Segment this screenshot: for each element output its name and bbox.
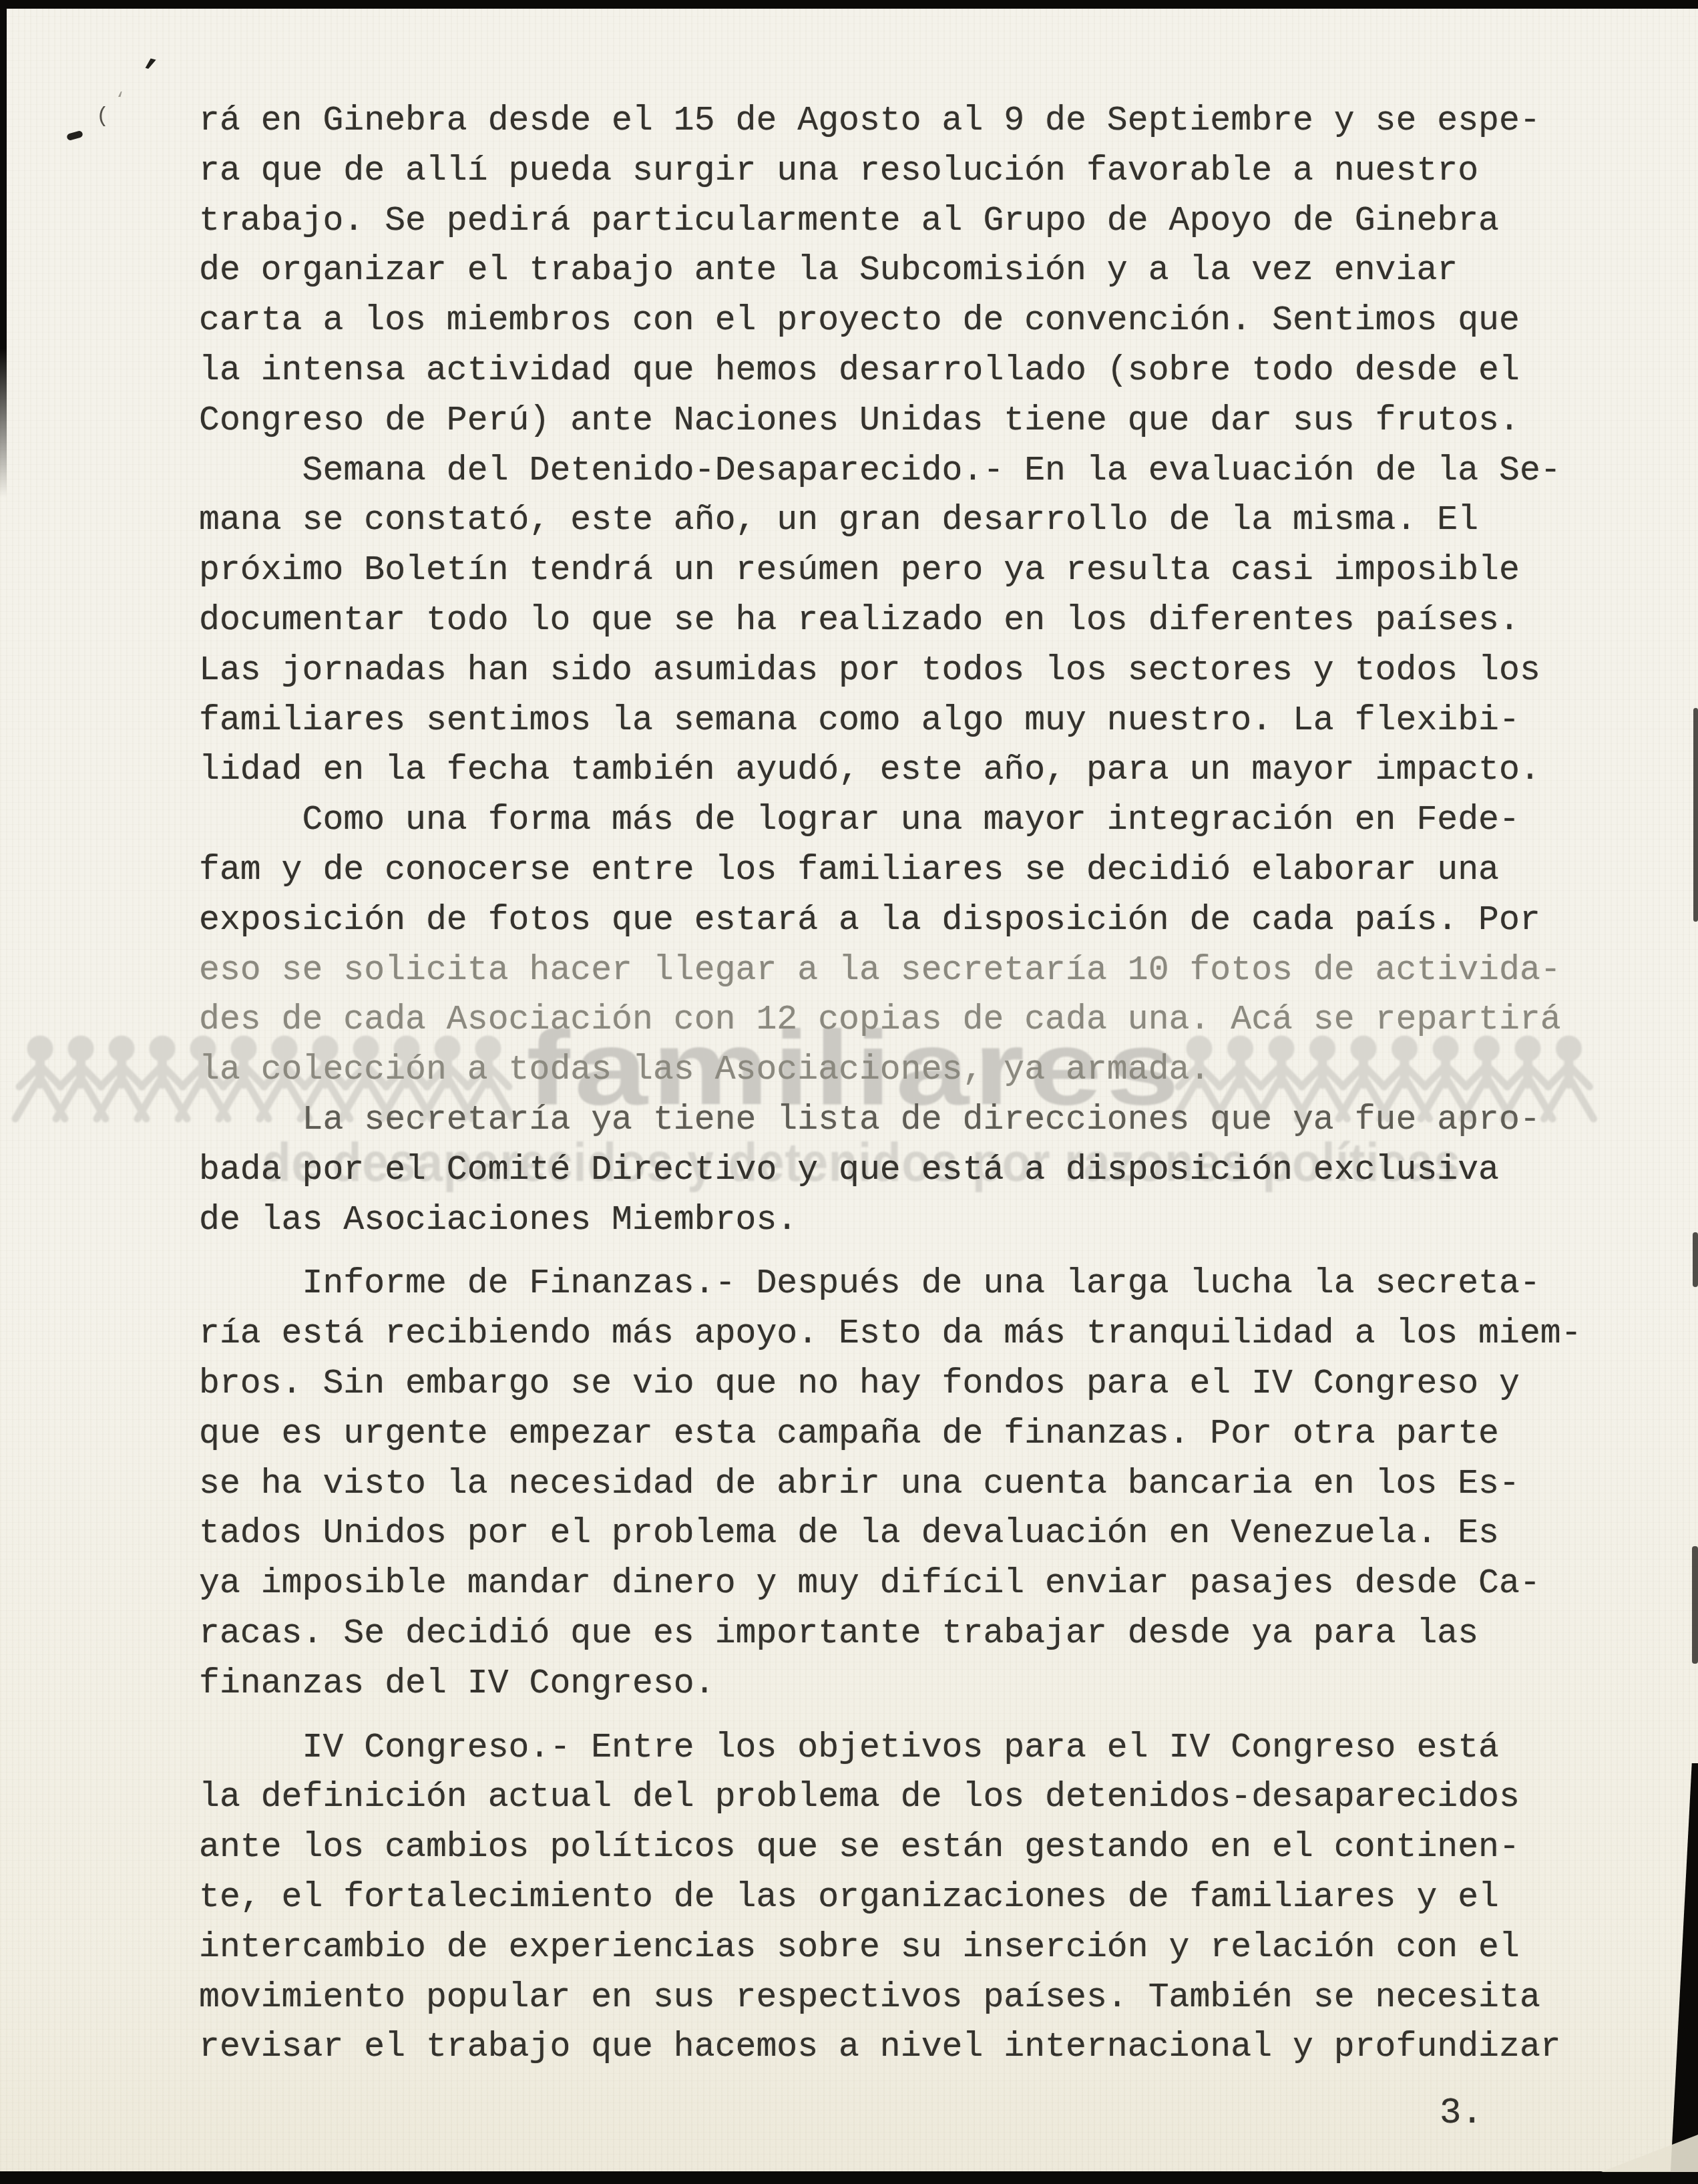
scan-edge-blob <box>1692 1546 1698 1664</box>
scan-edge-bottom <box>0 2171 1698 2184</box>
stray-ink-mark: ‘ <box>115 91 126 108</box>
text-line: tados Unidos por el problema de la deval… <box>199 1517 1499 1552</box>
text-line: Las jornadas han sido asumidas por todos… <box>199 654 1540 689</box>
text-line: carta a los miembros con el proyecto de … <box>199 304 1520 339</box>
text-line: de organizar el trabajo ante la Subcomis… <box>199 254 1458 289</box>
text-line: que es urgente empezar esta campaña de f… <box>199 1417 1499 1452</box>
text-line: racas. Se decidió que es importante trab… <box>199 1617 1478 1652</box>
text-line: La secretaría ya tiene lista de direccio… <box>199 1103 1540 1138</box>
text-line: de las Asociaciones Miembros. <box>199 1204 797 1238</box>
text-line: lidad en la fecha también ayudó, este añ… <box>199 753 1540 788</box>
scanned-document-page: familiares de desaparecidos y detenidos … <box>0 0 1698 2184</box>
text-line: documentar todo lo que se ha realizado e… <box>199 604 1520 639</box>
text-line: te, el fortalecimiento de las organizaci… <box>199 1881 1499 1916</box>
scan-edge-blob <box>1693 1232 1698 1287</box>
typewritten-text-block: rá en Ginebra desde el 15 de Agosto al 9… <box>0 0 1698 2184</box>
page-number: 3. <box>1440 2096 1483 2132</box>
text-line: rá en Ginebra desde el 15 de Agosto al 9… <box>199 104 1540 139</box>
text-line: próximo Boletín tendrá un resúmen pero y… <box>199 554 1520 588</box>
text-line: IV Congreso.- Entre los objetivos para e… <box>199 1731 1499 1766</box>
text-line: eso se solicita hacer llegar a la secret… <box>199 954 1561 988</box>
text-line: ya imposible mandar dinero y muy difícil… <box>199 1567 1540 1602</box>
text-line: des de cada Asociación con 12 copias de … <box>199 1003 1561 1038</box>
text-line: se ha visto la necesidad de abrir una cu… <box>199 1467 1520 1502</box>
text-line: bros. Sin embargo se vio que no hay fond… <box>199 1367 1520 1402</box>
stray-ink-mark: ( <box>96 106 109 127</box>
text-line: intercambio de experiencias sobre su ins… <box>199 1931 1520 1966</box>
text-line: trabajo. Se pedirá particularmente al Gr… <box>199 204 1499 239</box>
text-line: familiares sentimos la semana como algo … <box>199 704 1520 739</box>
text-line: exposición de fotos que estará a la disp… <box>199 904 1540 938</box>
text-line: ra que de allí pueda surgir una resoluci… <box>199 154 1478 189</box>
text-line: la colección a todas las Asociaciones, y… <box>199 1053 1210 1088</box>
text-line: la definición actual del problema de los… <box>199 1781 1520 1815</box>
text-line: ría está recibiendo más apoyo. Esto da m… <box>199 1317 1582 1352</box>
text-line: bada por el Comité Directivo y que está … <box>199 1153 1499 1188</box>
scan-edge-blob <box>1693 708 1698 922</box>
text-line: Congreso de Perú) ante Naciones Unidas t… <box>199 404 1520 439</box>
text-line: Semana del Detenido-Desaparecido.- En la… <box>199 454 1561 489</box>
text-line: movimiento popular en sus respectivos pa… <box>199 1981 1540 2016</box>
text-line: mana se constató, este año, un gran desa… <box>199 504 1478 538</box>
text-line: finanzas del IV Congreso. <box>199 1667 715 1702</box>
scan-edge-top <box>0 0 1698 9</box>
text-line: revisar el trabajo que hacemos a nivel i… <box>199 2030 1561 2065</box>
text-line: la intensa actividad que hemos desarroll… <box>199 354 1520 389</box>
scan-edge-left <box>0 0 7 498</box>
text-line: ante los cambios políticos que se están … <box>199 1831 1520 1865</box>
text-line: fam y de conocerse entre los familiares … <box>199 854 1499 888</box>
text-line: Informe de Finanzas.- Después de una lar… <box>199 1267 1540 1302</box>
text-line: Como una forma más de lograr una mayor i… <box>199 803 1520 838</box>
